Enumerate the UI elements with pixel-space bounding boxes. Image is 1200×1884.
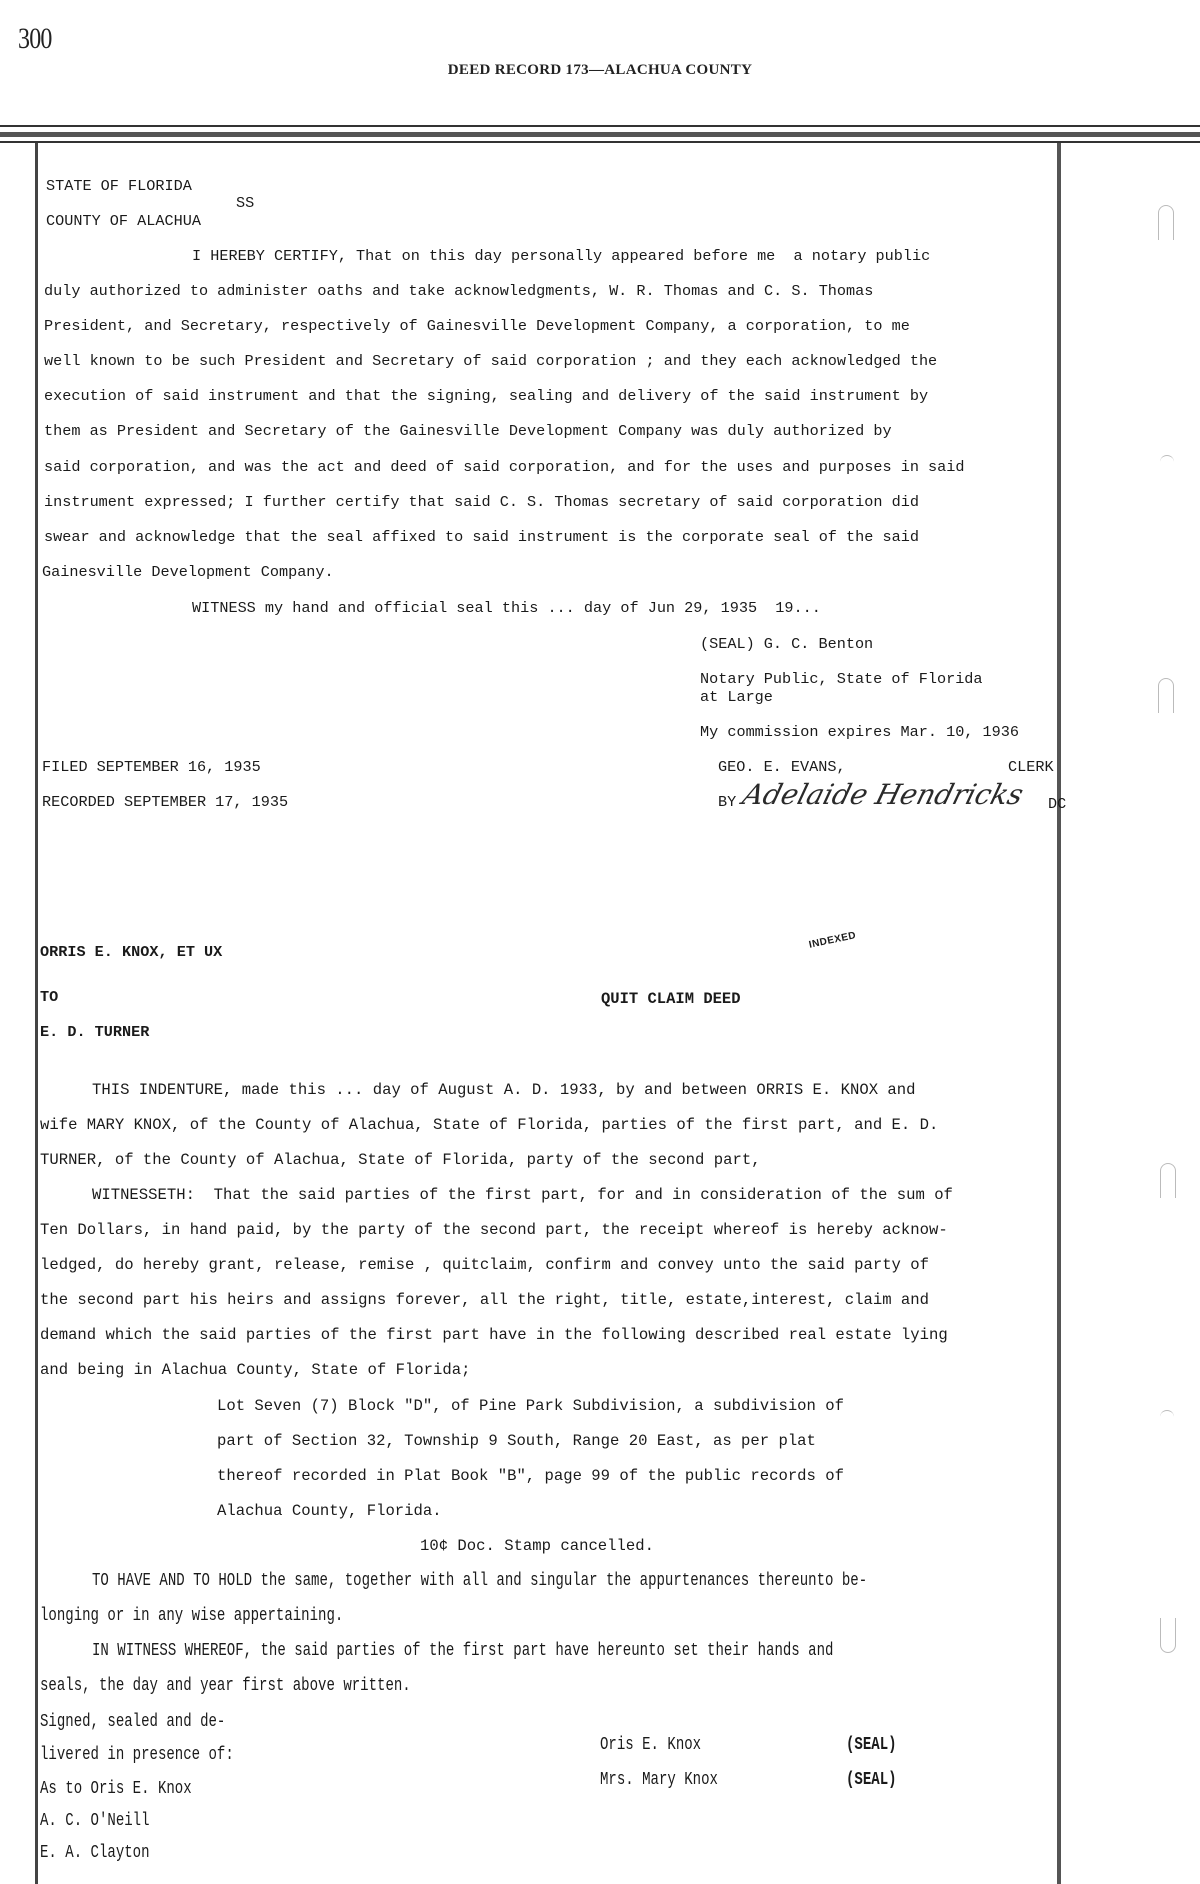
- signatory-name: Mrs. Mary Knox: [600, 1770, 718, 1790]
- signatory-seal: (SEAL): [846, 1770, 897, 1790]
- doc-stamp-note: 10¢ Doc. Stamp cancelled.: [420, 1537, 654, 1555]
- attestation-line: Signed, sealed and de-: [40, 1712, 225, 1732]
- binder-ring-mark: [1160, 455, 1174, 468]
- habendum-line: TO HAVE AND TO HOLD the same, together w…: [92, 1571, 867, 1591]
- habendum-line: longing or in any wise appertaining.: [40, 1606, 343, 1626]
- deputy-clerk-signature: Adelaide Hendricks: [739, 778, 1027, 811]
- witness-line: WITNESS my hand and official seal this .…: [192, 601, 821, 616]
- running-head: DEED RECORD 173—ALACHUA COUNTY: [0, 62, 1200, 79]
- right-margin-line: [1057, 143, 1061, 1884]
- header-rule-middle: [0, 132, 1200, 137]
- deed-body-line: WITNESSETH: That the said parties of the…: [92, 1186, 953, 1204]
- indexed-stamp: INDEXED: [808, 930, 857, 951]
- attestation-line: livered in presence of:: [40, 1745, 234, 1765]
- grantee: E. D. TURNER: [40, 1025, 149, 1040]
- binder-ring-mark: [1160, 1410, 1174, 1423]
- certificate-line: duly authorized to administer oaths and …: [44, 284, 873, 299]
- deed-body-line: demand which the said parties of the fir…: [40, 1326, 948, 1344]
- clerk-name: GEO. E. EVANS,: [718, 760, 846, 775]
- deed-title: QUIT CLAIM DEED: [601, 990, 741, 1008]
- left-margin-line: [35, 143, 38, 1884]
- legal-description-line: thereof recorded in Plat Book "B", page …: [217, 1467, 844, 1485]
- binder-ring-mark: [1160, 1618, 1176, 1653]
- certificate-line: I HEREBY CERTIFY, That on this day perso…: [192, 249, 930, 264]
- legal-description-line: part of Section 32, Township 9 South, Ra…: [217, 1432, 816, 1450]
- legal-description-line: Alachua County, Florida.: [217, 1502, 442, 1520]
- notary-commission: My commission expires Mar. 10, 1936: [700, 725, 1019, 740]
- page-number: 300: [18, 22, 52, 56]
- certificate-line: well known to be such President and Secr…: [44, 354, 937, 369]
- binder-ring-mark: [1158, 205, 1174, 240]
- certificate-line: President, and Secretary, respectively o…: [44, 319, 910, 334]
- certificate-line: instrument expressed; I further certify …: [44, 495, 919, 510]
- attestation-line: As to Oris E. Knox: [40, 1779, 192, 1799]
- deed-body-line: Ten Dollars, in hand paid, by the party …: [40, 1221, 948, 1239]
- certificate-line: them as President and Secretary of the G…: [44, 424, 892, 439]
- venue-county: COUNTY OF ALACHUA: [46, 214, 201, 229]
- clerk-title: CLERK: [1008, 760, 1054, 775]
- grantor: ORRIS E. KNOX, ET UX: [40, 945, 222, 960]
- witness-name: E. A. Clayton: [40, 1843, 150, 1863]
- binder-ring-mark: [1158, 678, 1174, 713]
- notary-seal-name: (SEAL) G. C. Benton: [700, 637, 873, 652]
- notary-title-at-large: at Large: [700, 690, 773, 705]
- recorded-date: RECORDED SEPTEMBER 17, 1935: [42, 795, 288, 810]
- deed-body-line: and being in Alachua County, State of Fl…: [40, 1361, 470, 1379]
- deed-body-line: THIS INDENTURE, made this ... day of Aug…: [92, 1081, 915, 1099]
- deputy-clerk-label: DC: [1048, 797, 1066, 812]
- venue-state: STATE OF FLORIDA: [46, 179, 192, 194]
- certificate-line: execution of said instrument and that th…: [44, 389, 928, 404]
- deed-body-line: the second part his heirs and assigns fo…: [40, 1291, 929, 1309]
- venue-ss: SS: [236, 196, 254, 211]
- deputy-by-label: BY: [718, 795, 736, 810]
- certificate-line: Gainesville Development Company.: [42, 565, 334, 580]
- header-rule-bottom: [0, 141, 1200, 143]
- binder-ring-mark: [1160, 1163, 1176, 1198]
- deed-body-line: ledged, do hereby grant, release, remise…: [40, 1256, 929, 1274]
- header-rule-top: [0, 125, 1200, 127]
- deed-body-line: wife MARY KNOX, of the County of Alachua…: [40, 1116, 938, 1134]
- to-label: TO: [40, 990, 58, 1005]
- filed-date: FILED SEPTEMBER 16, 1935: [42, 760, 261, 775]
- signatory-name: Oris E. Knox: [600, 1735, 701, 1755]
- witness-name: A. C. O'Neill: [40, 1811, 150, 1831]
- testimonium-line: IN WITNESS WHEREOF, the said parties of …: [92, 1641, 833, 1661]
- certificate-line: swear and acknowledge that the seal affi…: [44, 530, 919, 545]
- signatory-seal: (SEAL): [846, 1735, 897, 1755]
- notary-title: Notary Public, State of Florida: [700, 672, 983, 687]
- testimonium-line: seals, the day and year first above writ…: [40, 1676, 411, 1696]
- legal-description-line: Lot Seven (7) Block "D", of Pine Park Su…: [217, 1397, 844, 1415]
- certificate-line: said corporation, and was the act and de…: [44, 460, 965, 475]
- deed-body-line: TURNER, of the County of Alachua, State …: [40, 1151, 761, 1169]
